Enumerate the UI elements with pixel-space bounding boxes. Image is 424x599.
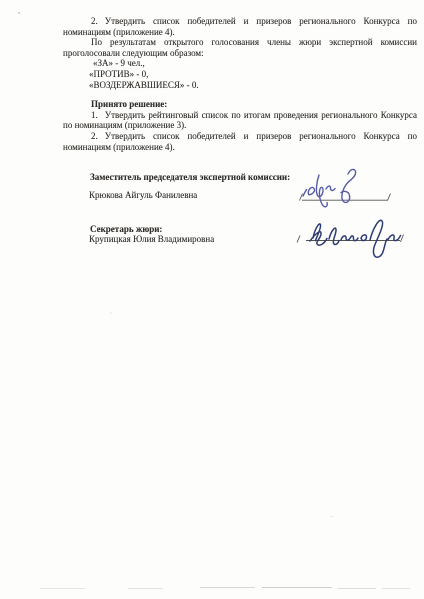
paragraph-voting-results: По результатам открытого голосования чле… [63,37,417,58]
scan-artifact [262,587,332,588]
scan-artifact [200,587,255,588]
vote-za: «ЗА» - 9 чел., [63,58,417,69]
item-text: Утвердить список победителей и призеров … [63,131,417,152]
vote-results: «ЗА» - 9 чел., «ПРОТИВ» - 0, «ВОЗДЕРЖАВШ… [63,58,417,90]
decision-heading: Принято решение: [63,99,417,110]
handwritten-signature-1 [292,162,392,210]
scan-artifact [40,588,85,589]
scan-artifact [128,588,163,589]
signature-ink-stroke [310,220,401,257]
decision-item-2: 2.Утвердить список победителей и призеро… [63,131,417,152]
item-number: 2. [91,16,105,26]
signatory-name-krupitskaya: Крупицкая Юлия Владимировна [89,234,214,244]
scanned-document-page: 2.Утвердить список победителей и призеро… [0,0,424,599]
scan-artifact [110,312,112,314]
handwritten-signature-2 [290,214,410,266]
decision-item-1: 1.Утвердить рейтинговый список по итогам… [63,110,417,131]
signatory-name-kryukova: Крюкова Айгуль Фанилевна [89,190,197,200]
signature-slash-left [300,194,303,201]
vote-vozderzhavshiesya: «ВОЗДЕРЖАВШИЕСЯ» - 0. [63,80,417,91]
signatory-role-jury-secretary: Секретарь жюри: [90,224,162,234]
item-number: 1. [91,110,105,120]
item-text: Утвердить рейтинговый список по итогам п… [63,110,417,131]
scan-artifact [338,588,376,589]
scan-artifact [18,12,20,14]
signature-slash-left [297,236,300,243]
signature-slash-right [388,194,391,201]
item-number: 2. [91,131,105,141]
signatory-role-deputy-chair: Заместитель председателя экспертной коми… [90,172,290,182]
scan-artifact [330,516,333,517]
paragraph-approve-winners: 2.Утвердить список победителей и призеро… [63,16,417,37]
scan-artifact [382,588,410,589]
document-body: 2.Утвердить список победителей и призеро… [63,16,417,152]
vote-protiv: «ПРОТИВ» - 0, [63,69,417,80]
item-text: Утвердить список победителей и призеров … [63,16,417,37]
signature-ink-stroke [303,169,356,206]
